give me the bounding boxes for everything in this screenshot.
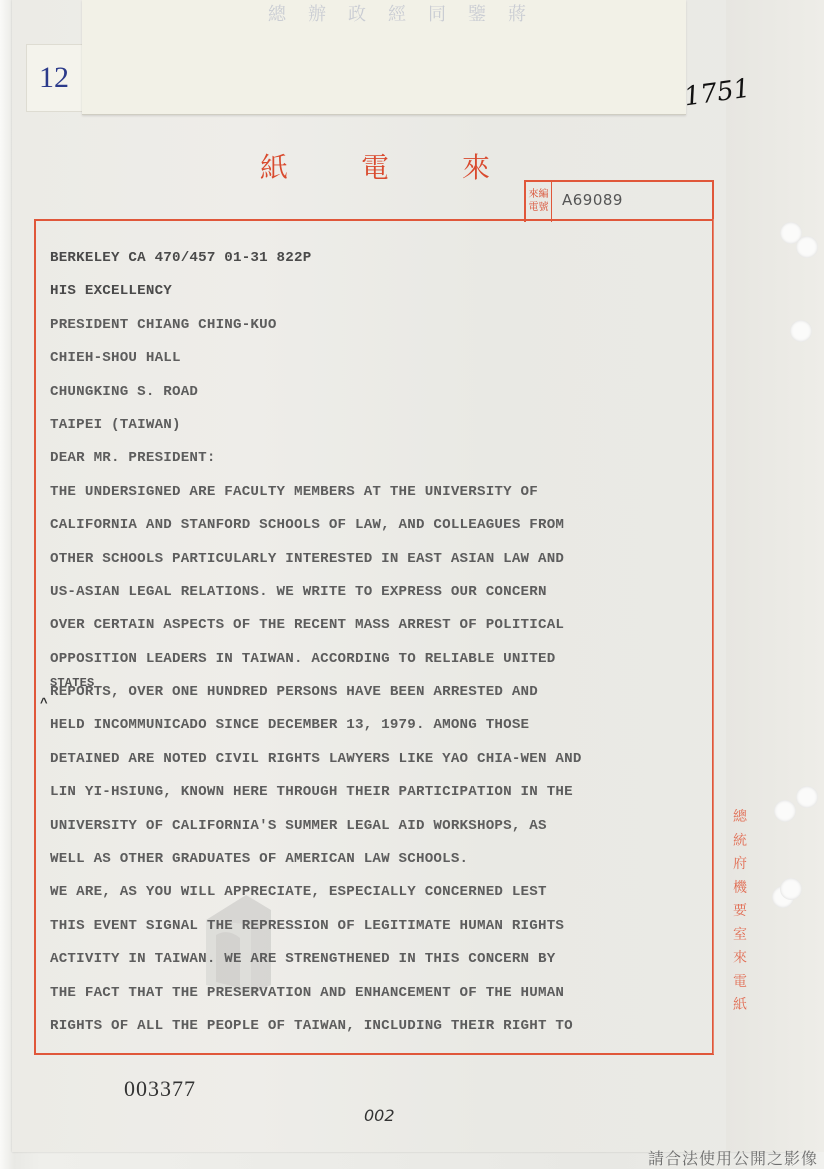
slip-ghost-text: 辦	[302, 4, 328, 28]
addressee-line: CHUNGKING S. ROAD	[50, 382, 720, 415]
body-line: UNIVERSITY OF CALIFORNIA'S SUMMER LEGAL …	[50, 816, 720, 849]
body-line: HELD INCOMMUNICADO SINCE DECEMBER 13, 19…	[50, 715, 720, 748]
addressee-line: TAIPEI (TAIWAN)	[50, 415, 720, 448]
body-line: DETAINED ARE NOTED CIVIL RIGHTS LAWYERS …	[50, 749, 720, 782]
body-line: WELL AS OTHER GRADUATES OF AMERICAN LAW …	[50, 849, 720, 882]
body-line: OVER CERTAIN ASPECTS OF THE RECENT MASS …	[50, 615, 720, 648]
punch-hole	[774, 800, 796, 822]
body-line: RIGHTS OF ALL THE PEOPLE OF TAIWAN, INCL…	[50, 1016, 720, 1049]
serial-number: 003377	[124, 1076, 196, 1102]
insertion-caret: ^	[40, 694, 48, 714]
punch-hole	[796, 236, 818, 258]
side-stamp-char: 府	[730, 853, 750, 877]
body-line: THE FACT THAT THE PRESERVATION AND ENHAN…	[50, 983, 720, 1016]
body-line: LIN YI-HSIUNG, KNOWN HERE THROUGH THEIR …	[50, 782, 720, 815]
attached-slip: 蔣 鑒 同 經 政 辦 總	[82, 0, 686, 115]
form-title: 紙 電 來	[260, 146, 490, 186]
body-line-text: REPORTS, OVER ONE HUNDRED PERSONS HAVE B…	[50, 684, 538, 700]
body-line: THIS EVENT SIGNAL THE REPRESSION OF LEGI…	[50, 916, 720, 949]
slip-ghost-text: 總	[262, 4, 288, 28]
inserted-word: STATES	[50, 673, 94, 693]
salutation: DEAR MR. PRESIDENT:	[50, 448, 720, 481]
handwritten-page-sequence: 002	[364, 1106, 395, 1125]
footer-notice: 請合法使用公開之影像	[648, 1146, 818, 1169]
punch-hole	[790, 320, 812, 342]
addressee-line: HIS EXCELLENCY	[50, 281, 720, 314]
form-title-char: 電	[361, 146, 389, 186]
side-stamp-char: 電	[730, 971, 750, 995]
side-stamp-char: 要	[730, 900, 750, 924]
slip-ghost-text: 經	[382, 4, 408, 28]
side-stamp-char: 來	[730, 947, 750, 971]
punch-hole	[780, 878, 802, 900]
body-line-with-insertion: STATES ^ REPORTS, OVER ONE HUNDRED PERSO…	[50, 682, 720, 715]
body-line: THE UNDERSIGNED ARE FACULTY MEMBERS AT T…	[50, 482, 720, 515]
body-line: US-ASIAN LEGAL RELATIONS. WE WRITE TO EX…	[50, 582, 720, 615]
body-line: OTHER SCHOOLS PARTICULARLY INTERESTED IN…	[50, 549, 720, 582]
slip-ghost-text: 同	[422, 4, 448, 28]
slip-ghost-text: 鑒	[462, 4, 488, 28]
slip-ghost-text: 蔣	[502, 4, 528, 28]
side-stamp-char: 總	[730, 806, 750, 830]
telegram-body: BERKELEY CA 470/457 01-31 822P HIS EXCEL…	[50, 248, 720, 1049]
telegram-header: BERKELEY CA 470/457 01-31 822P	[50, 248, 720, 281]
side-stamp-char: 紙	[730, 994, 750, 1018]
form-title-char: 來	[462, 146, 490, 186]
reference-label: 來編 電號	[526, 182, 552, 222]
form-title-char: 紙	[260, 146, 288, 186]
reference-number: A69089	[562, 191, 623, 209]
side-stamp-char: 統	[730, 830, 750, 854]
side-stamp-char: 室	[730, 924, 750, 948]
body-line: WE ARE, AS YOU WILL APPRECIATE, ESPECIAL…	[50, 882, 720, 915]
body-line: CALIFORNIA AND STANFORD SCHOOLS OF LAW, …	[50, 515, 720, 548]
addressee-line: PRESIDENT CHIANG CHING-KUO	[50, 315, 720, 348]
body-line: OPPOSITION LEADERS IN TAIWAN. ACCORDING …	[50, 649, 720, 682]
body-line: ACTIVITY IN TAIWAN. WE ARE STRENGTHENED …	[50, 949, 720, 982]
side-stamp-char: 機	[730, 877, 750, 901]
archive-tab: 12	[26, 44, 88, 112]
archive-tab-number: 12	[39, 61, 69, 95]
reference-label-line: 電號	[526, 201, 551, 214]
slip-ghost-text: 政	[342, 4, 368, 28]
reference-label-line: 來編	[526, 188, 551, 201]
addressee-line: CHIEH-SHOU HALL	[50, 348, 720, 381]
side-stamp: 總 統 府 機 要 室 來 電 紙	[730, 806, 750, 1018]
punch-hole	[796, 786, 818, 808]
reference-box: 來編 電號 A69089	[524, 180, 714, 222]
